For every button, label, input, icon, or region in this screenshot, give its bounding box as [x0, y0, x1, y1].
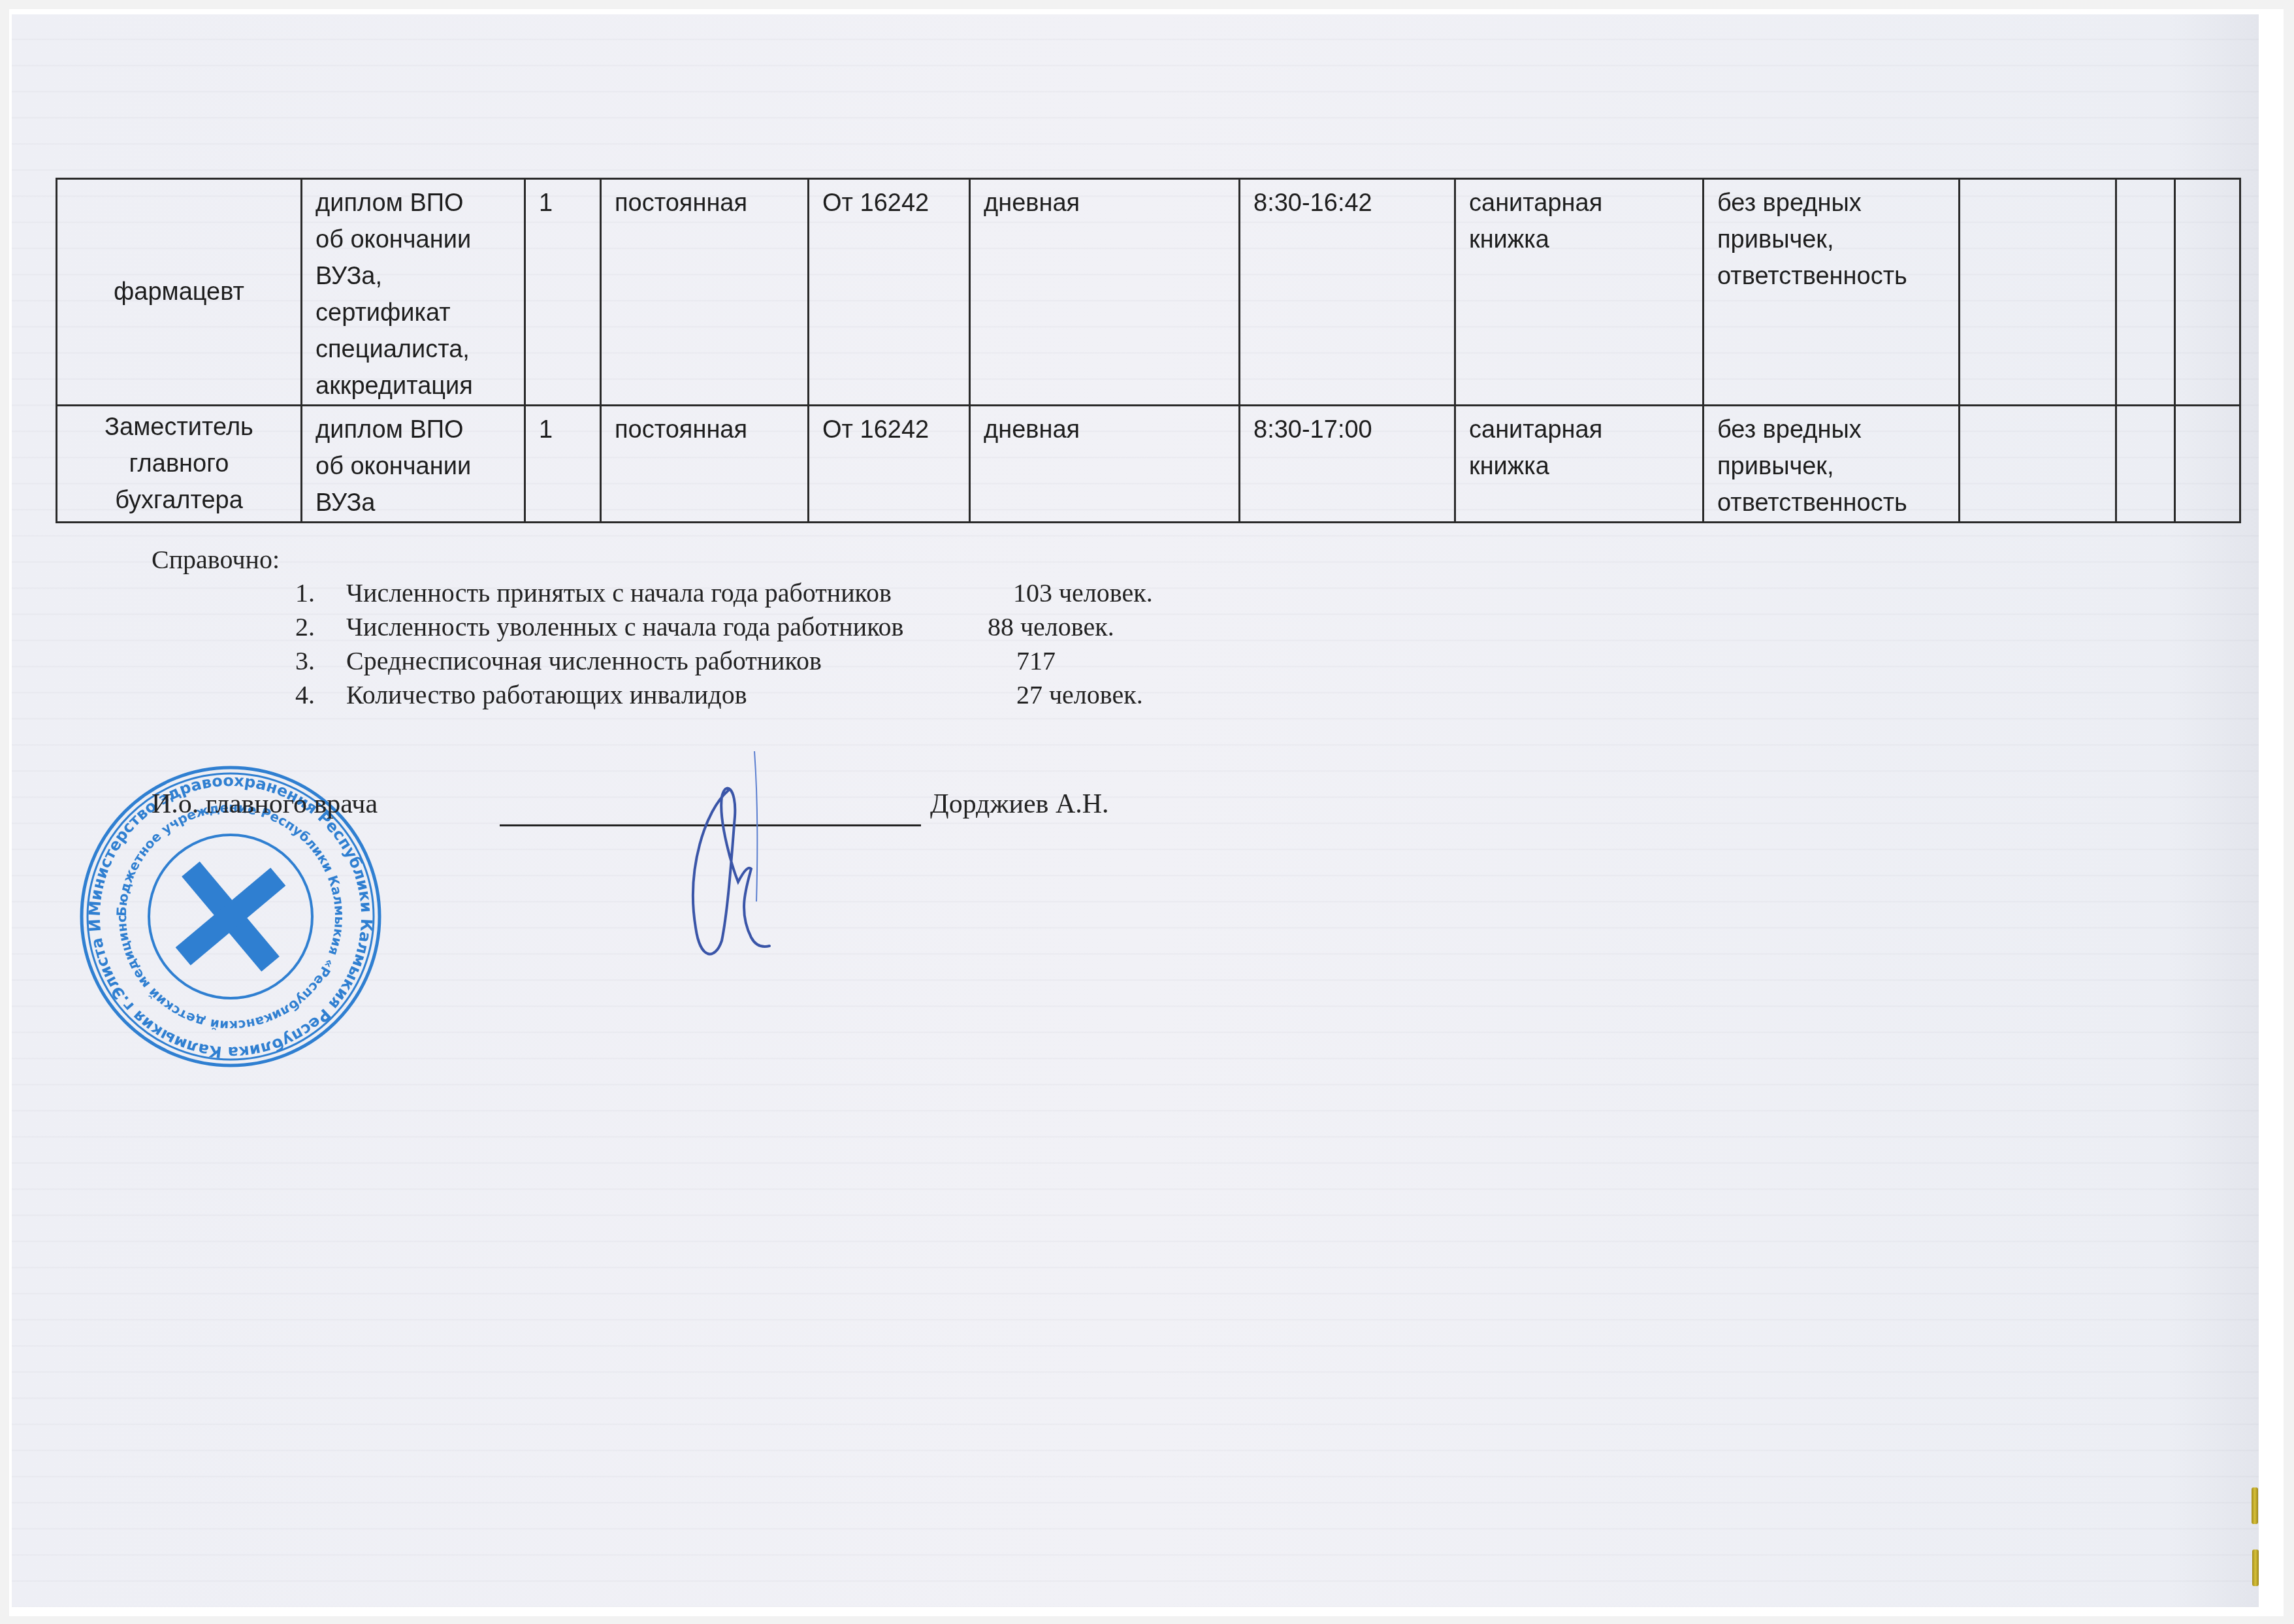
- salary-cell: От 16242: [809, 406, 970, 523]
- item-number: 4.: [295, 678, 334, 712]
- count-cell: 1: [525, 406, 601, 523]
- requirements-line: сертификат: [315, 295, 517, 331]
- medical-line: книжка: [1469, 448, 1696, 485]
- qualities-line: привычек,: [1717, 221, 1952, 258]
- requirements-line: ВУЗа,: [315, 258, 517, 295]
- qualities-line: без вредных: [1717, 412, 1952, 448]
- position-line: Заместитель: [64, 409, 294, 446]
- item-text: Количество работающих инвалидов: [346, 678, 747, 712]
- medical-line: книжка: [1469, 221, 1696, 258]
- requirements-line: специалиста,: [315, 331, 517, 368]
- hours-cell: 8:30-17:00: [1240, 406, 1455, 523]
- item-number: 2.: [295, 610, 334, 644]
- requirements-line: диплом ВПО: [315, 185, 517, 221]
- reference-title: Справочно:: [152, 544, 280, 575]
- employment-type-cell: постоянная: [601, 179, 809, 406]
- item-value: 27 человек.: [1016, 678, 1143, 712]
- employment-type-cell: постоянная: [601, 406, 809, 523]
- requirements-line: об окончании: [315, 221, 517, 258]
- empty-cell: [2116, 179, 2175, 406]
- requirements-line: ВУЗа: [315, 485, 517, 521]
- item-number: 1.: [295, 576, 334, 610]
- medical-cell: санитарная книжка: [1455, 406, 1704, 523]
- empty-cell: [1960, 406, 2116, 523]
- position-line: главного: [64, 446, 294, 482]
- cross-icon: [143, 829, 318, 1004]
- medical-line: санитарная: [1469, 412, 1696, 448]
- count-cell: 1: [525, 179, 601, 406]
- position-line: бухгалтера: [64, 482, 294, 519]
- requirements-cell: диплом ВПО об окончании ВУЗа: [302, 406, 525, 523]
- empty-cell: [1960, 179, 2116, 406]
- qualities-cell: без вредных привычек, ответственность: [1704, 179, 1960, 406]
- vacancy-table: фармацевт диплом ВПО об окончании ВУЗа, …: [56, 178, 2241, 523]
- staple: [2252, 1550, 2259, 1586]
- medical-cell: санитарная книжка: [1455, 179, 1704, 406]
- table-row: фармацевт диплом ВПО об окончании ВУЗа, …: [57, 179, 2240, 406]
- staple: [2252, 1487, 2258, 1524]
- item-text: Численность уволенных с начала года рабо…: [346, 610, 903, 644]
- empty-cell: [2175, 179, 2240, 406]
- empty-cell: [2175, 406, 2240, 523]
- requirements-cell: диплом ВПО об окончании ВУЗа, сертификат…: [302, 179, 525, 406]
- item-text: Численность принятых с начала года работ…: [346, 576, 892, 610]
- qualities-line: привычек,: [1717, 448, 1952, 485]
- empty-cell: [2116, 406, 2175, 523]
- requirements-line: аккредитация: [315, 368, 517, 404]
- item-value: 103 человек.: [1013, 576, 1153, 610]
- shift-cell: дневная: [970, 179, 1240, 406]
- table-row: Заместитель главного бухгалтера диплом В…: [57, 406, 2240, 523]
- signatory-role: И.о. главного врача: [152, 788, 378, 820]
- position-cell: фармацевт: [57, 179, 302, 406]
- item-value: 88 человек.: [988, 610, 1114, 644]
- shift-cell: дневная: [970, 406, 1240, 523]
- item-number: 3.: [295, 644, 334, 678]
- medical-line: санитарная: [1469, 185, 1696, 221]
- hours-cell: 8:30-16:42: [1240, 179, 1455, 406]
- qualities-cell: без вредных привычек, ответственность: [1704, 406, 1960, 523]
- handwritten-signature: [660, 751, 830, 967]
- position-cell: Заместитель главного бухгалтера: [57, 406, 302, 523]
- requirements-line: диплом ВПО: [315, 412, 517, 448]
- qualities-line: ответственность: [1717, 258, 1952, 295]
- requirements-line: об окончании: [315, 448, 517, 485]
- item-value: 717: [1016, 644, 1056, 678]
- qualities-line: ответственность: [1717, 485, 1952, 521]
- qualities-line: без вредных: [1717, 185, 1952, 221]
- salary-cell: От 16242: [809, 179, 970, 406]
- position-text: фармацевт: [114, 278, 244, 306]
- item-text: Среднесписочная численность работников: [346, 644, 822, 678]
- signatory-name: Дорджиев А.Н.: [930, 788, 1109, 820]
